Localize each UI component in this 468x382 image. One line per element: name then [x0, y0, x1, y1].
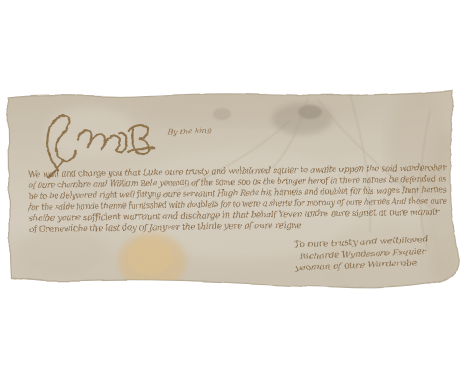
vellum-sheet: Henry R By the king We woll and charge y…: [8, 88, 464, 290]
parchment-document: Henry R By the king We woll and charge y…: [0, 0, 468, 382]
photo-canvas: Henry R By the king We woll and charge y…: [0, 0, 468, 382]
address-docket: To oure trusty and welbiloved Richarde W…: [292, 234, 429, 272]
